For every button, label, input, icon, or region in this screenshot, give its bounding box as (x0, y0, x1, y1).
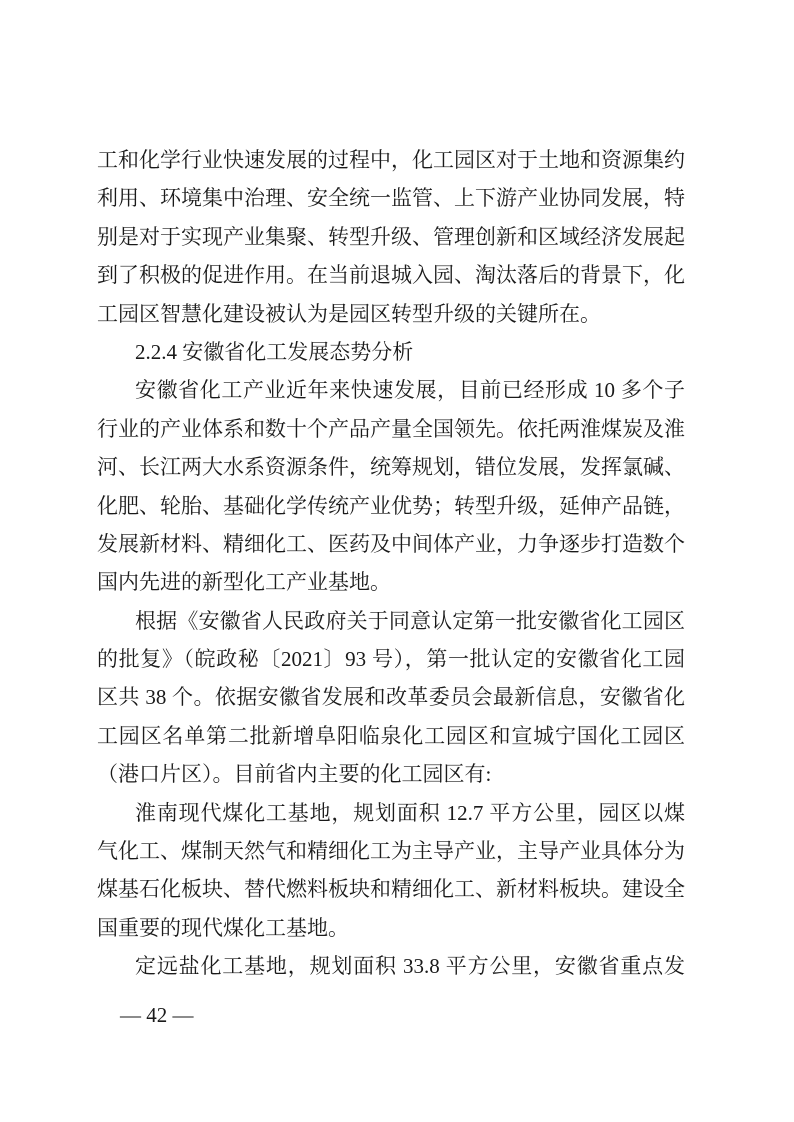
page-body: 工和化学行业快速发展的过程中，化工园区对于土地和资源集约 利用、环境集中治理、安… (97, 141, 685, 986)
body-line: 工园区名单第二批新增阜阳临泉化工园区和宣城宁国化工园区 (97, 717, 685, 755)
body-line: 煤基石化板块、替代燃料板块和精细化工、新材料板块。建设全 (97, 870, 685, 908)
body-line: 河、长江两大水系资源条件，统筹规划，错位发展，发挥氯碱、 (97, 448, 685, 486)
body-line: 区共 38 个。依据安徽省发展和改革委员会最新信息，安徽省化 (97, 678, 685, 716)
body-line: 工园区智慧化建设被认为是园区转型升级的关键所在。 (97, 295, 685, 333)
body-line: 根据《安徽省人民政府关于同意认定第一批安徽省化工园区 (97, 602, 685, 640)
body-line: 安徽省化工产业近年来快速发展，目前已经形成 10 多个子 (97, 371, 685, 409)
body-line: 发展新材料、精细化工、医药及中间体产业，力争逐步打造数个 (97, 525, 685, 563)
body-line: （港口片区）。目前省内主要的化工园区有: (97, 755, 685, 793)
body-line: 国重要的现代煤化工基地。 (97, 909, 685, 947)
body-line: 气化工、煤制天然气和精细化工为主导产业，主导产业具体分为 (97, 832, 685, 870)
body-line: 利用、环境集中治理、安全统一监管、上下游产业协同发展，特 (97, 179, 685, 217)
body-line: 国内先进的新型化工产业基地。 (97, 563, 685, 601)
page-number: — 42 — (120, 1003, 194, 1027)
body-line: 定远盐化工基地，规划面积 33.8 平方公里，安徽省重点发 (97, 947, 685, 985)
body-line: 的批复》（皖政秘〔2021〕93 号），第一批认定的安徽省化工园 (97, 640, 685, 678)
section-heading: 2.2.4 安徽省化工发展态势分析 (97, 333, 685, 371)
body-line: 别是对于实现产业集聚、转型升级、管理创新和区域经济发展起 (97, 218, 685, 256)
body-line: 到了积极的促进作用。在当前退城入园、淘汰落后的背景下，化 (97, 256, 685, 294)
body-line: 工和化学行业快速发展的过程中，化工园区对于土地和资源集约 (97, 141, 685, 179)
document-page: 工和化学行业快速发展的过程中，化工园区对于土地和资源集约 利用、环境集中治理、安… (0, 0, 794, 1122)
body-line: 淮南现代煤化工基地，规划面积 12.7 平方公里，园区以煤 (97, 794, 685, 832)
body-line: 行业的产业体系和数十个产品产量全国领先。依托两淮煤炭及淮 (97, 410, 685, 448)
body-line: 化肥、轮胎、基础化学传统产业优势；转型升级，延伸产品链， (97, 487, 685, 525)
page-footer: — 42 — (120, 1000, 194, 1030)
